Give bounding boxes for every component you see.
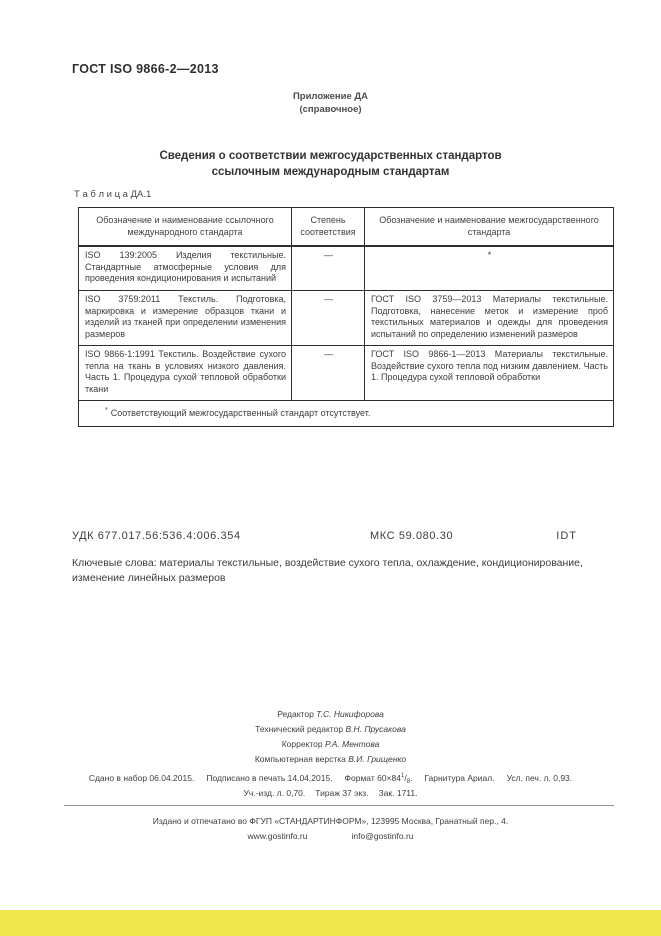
credit-line: Компьютерная верстка В.И. Грищенко [0, 752, 661, 767]
credit-line: Технический редактор В.Н. Прусакова [0, 722, 661, 737]
email-text: info@gostinfo.ru [351, 831, 413, 841]
keywords-paragraph: Ключевые слова: материалы текстильные, в… [72, 556, 613, 586]
table-header-row: Обозначение и наименование ссылочного ме… [79, 208, 614, 247]
col-header-interstate-standard: Обозначение и наименование межгосударств… [365, 208, 614, 247]
conformity-cell: — [292, 291, 365, 346]
credit-line: Корректор Р.А. Ментова [0, 737, 661, 752]
section-title-line1: Сведения о соответствии межгосударственн… [0, 149, 661, 165]
credit-role: Корректор [282, 739, 323, 749]
credit-role: Компьютерная верстка [255, 754, 346, 764]
col-header-conformity-degree: Степень соответствия [292, 208, 365, 247]
annex-type-label: (справочное) [0, 103, 661, 116]
correspondence-table: Обозначение и наименование ссылочного ме… [78, 207, 614, 427]
typeset-date: Сдано в набор 06.04.2015. [89, 773, 195, 783]
typeface: Гарнитура Ариал. [424, 773, 494, 783]
table-row: ISO 9866-1:1991 Текстиль. Воздействие су… [79, 346, 614, 401]
conformity-cell: — [292, 246, 365, 291]
idt-label: IDT [556, 530, 577, 542]
credit-name: Т.С. Никифорова [316, 709, 384, 719]
credit-role: Редактор [277, 709, 314, 719]
reference-standard-cell: ISO 3759:2011 Текстиль. Подготовка, марк… [79, 291, 292, 346]
conformity-cell: — [292, 346, 365, 401]
udk-code: УДК 677.017.56:536.4:006.354 [72, 530, 241, 542]
credit-role: Технический редактор [255, 724, 343, 734]
table-label: Т а б л и ц а ДА.1 [74, 189, 151, 200]
order-number: Зак. 1711. [379, 788, 418, 798]
imprint-line-1: Сдано в набор 06.04.2015.Подписано в печ… [0, 773, 661, 785]
section-title: Сведения о соответствии межгосударственн… [0, 149, 661, 180]
reference-standard-cell: ISO 9866-1:1991 Текстиль. Воздействие су… [79, 346, 292, 401]
col-header-reference-standard: Обозначение и наименование ссылочного ме… [79, 208, 292, 247]
codes-line: УДК 677.017.56:536.4:006.354 МКС 59.080.… [72, 530, 613, 544]
footnote-cell: *Соответствующий межгосударственный стан… [79, 401, 614, 427]
press-sheets: Усл. печ. л. 0,93. [507, 773, 573, 783]
print-date: Подписано в печать 14.04.2015. [206, 773, 332, 783]
publisher-contacts: www.gostinfo.ruinfo@gostinfo.ru [0, 831, 661, 841]
imprint-line-2: Уч.-изд. л. 0,70.Тираж 37 экз.Зак. 1711. [0, 788, 661, 798]
interstate-standard-cell: * [365, 246, 614, 291]
publisher-line: Издано и отпечатано во ФГУП «СТАНДАРТИНФ… [0, 816, 661, 826]
reference-standard-cell: ISO 139:2005 Изделия текстильные. Станда… [79, 246, 292, 291]
credit-line: Редактор Т.С. Никифорова [0, 707, 661, 722]
mks-code: МКС 59.080.30 [370, 530, 453, 542]
accounting-sheets: Уч.-изд. л. 0,70. [244, 788, 306, 798]
table-footnote-row: *Соответствующий межгосударственный стан… [79, 401, 614, 427]
annex-heading: Приложение ДА (справочное) [0, 90, 661, 116]
credits-block: Редактор Т.С. Никифорова Технический ред… [0, 707, 661, 767]
table-row: ISO 139:2005 Изделия текстильные. Станда… [79, 246, 614, 291]
footnote-marker: * [105, 407, 108, 414]
footnote-text: Соответствующий межгосударственный станд… [111, 408, 371, 418]
interstate-standard-cell: ГОСТ ISO 3759—2013 Материалы текстильные… [365, 291, 614, 346]
section-title-line2: ссылочным международным стандартам [0, 165, 661, 181]
bottom-strip [0, 910, 661, 936]
website-text: www.gostinfo.ru [247, 831, 307, 841]
document-page: ГОСТ ISO 9866-2—2013 Приложение ДА (спра… [0, 0, 661, 936]
format-spec: Формат 60×841/8. [345, 773, 413, 783]
credit-name: В.Н. Прусакова [345, 724, 405, 734]
divider-rule [64, 805, 614, 806]
running-header: ГОСТ ISO 9866-2—2013 [72, 62, 219, 76]
interstate-standard-cell: ГОСТ ISO 9866-1—2013 Материалы текстильн… [365, 346, 614, 401]
table-row: ISO 3759:2011 Текстиль. Подготовка, марк… [79, 291, 614, 346]
print-run: Тираж 37 экз. [315, 788, 368, 798]
annex-title: Приложение ДА [0, 90, 661, 103]
credit-name: В.И. Грищенко [348, 754, 406, 764]
credit-name: Р.А. Ментова [325, 739, 379, 749]
